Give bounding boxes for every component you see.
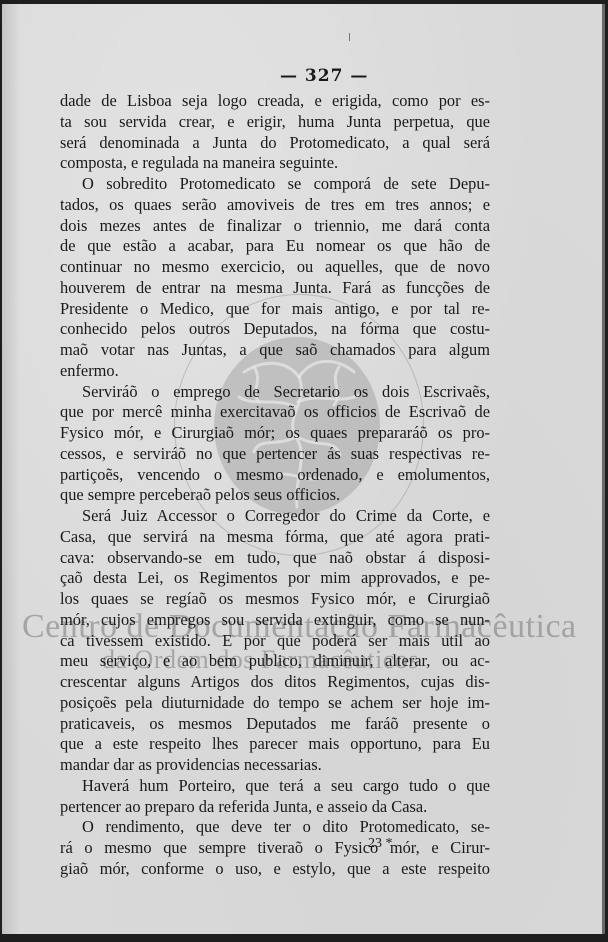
- text-line: çaõ desta Lei, os Regimentos por mim app…: [60, 568, 490, 589]
- text-line: mandar dar as providencias necessarias.: [60, 755, 490, 776]
- text-line: maõ votar nas Juntas, a que saõ chamados…: [60, 340, 490, 361]
- text-line: continuar no mesmo exercicio, ou aquelle…: [60, 257, 490, 278]
- text-line: dade de Lisboa seja logo creada, e erigi…: [60, 91, 490, 112]
- text-line: de que estão a acabar, para Eu nomear os…: [60, 236, 490, 257]
- text-line: giaõ mór, conforme o uso, e estylo, que …: [60, 859, 490, 880]
- scan-mark: [349, 33, 350, 41]
- text-line: dois mezes antes de finalizar o triennio…: [60, 216, 490, 237]
- text-line: Será Juiz Accessor o Corregedor do Crime…: [60, 506, 490, 527]
- text-line: Casa, que servirá na mesma fórma, que at…: [60, 527, 490, 548]
- text-line: Haverá hum Porteiro, que terá a seu carg…: [60, 776, 490, 797]
- text-line: meu serviço, e ao bem publico, diminuir,…: [60, 651, 490, 672]
- text-line: tados, os quaes serão amoviveis de tres …: [60, 195, 490, 216]
- text-line: pertencer ao preparo da referida Junta, …: [60, 797, 490, 818]
- text-line: enfermo.: [60, 361, 490, 382]
- text-line: O rendimento, que deve ter o dito Protom…: [60, 817, 490, 838]
- text-line: posiçoẽs pela diuturnidade do tempo se a…: [60, 693, 490, 714]
- text-line: mór, cujos empregos sou servida extingui…: [60, 610, 490, 631]
- text-line: crescentar alguns Artigos dos ditos Regi…: [60, 672, 490, 693]
- text-line: composta, e regulada na maneira seguinte…: [60, 153, 490, 174]
- text-line: los quaes se regíaõ os mesmos Fysico mór…: [60, 589, 490, 610]
- text-line: será denominada a Junta do Protomedicato…: [60, 133, 490, 154]
- text-line: Fysico mór, e Cirurgiaõ mór; os quaes pr…: [60, 423, 490, 444]
- text-line: Serviráõ o emprego de Secretario os dois…: [60, 382, 490, 403]
- text-line: cava: observando-se em tudo, que naõ obs…: [60, 548, 490, 569]
- text-line: rá o mesmo que sempre tiveraõ o Fysico m…: [60, 838, 490, 859]
- text-line: cessos, e serviráõ no que pertencer ás s…: [60, 444, 490, 465]
- text-line: que a este respeito lhes parecer mais op…: [60, 734, 490, 755]
- text-line: ca tivessem existido. E por que poderá s…: [60, 631, 490, 652]
- body-text: dade de Lisboa seja logo creada, e erigi…: [60, 91, 490, 880]
- scanned-page: Centro de Documentação Farmacêutica da O…: [2, 4, 605, 934]
- page-gutter-shadow: [2, 4, 20, 934]
- text-line: ta sou servida crear, e erigir, huma Jun…: [60, 112, 490, 133]
- text-line: partiçoẽs, vencendo o mesmo ordenado, e …: [60, 465, 490, 486]
- text-line: praticaveis, os mesmos Deputados me fará…: [60, 714, 490, 735]
- page-number: — 327 —: [280, 66, 368, 86]
- text-line: que por mercê minha exercitavaõ os offic…: [60, 402, 490, 423]
- text-line: conhecido pelos outros Deputados, na fór…: [60, 319, 490, 340]
- text-line: O sobredito Protomedicato se comporá de …: [60, 174, 490, 195]
- text-line: que sempre perceberaõ pelos seus officio…: [60, 485, 490, 506]
- text-line: Presidente o Medico, que for mais antigo…: [60, 299, 490, 320]
- text-line: houverem de entrar na mesma Junta. Fará …: [60, 278, 490, 299]
